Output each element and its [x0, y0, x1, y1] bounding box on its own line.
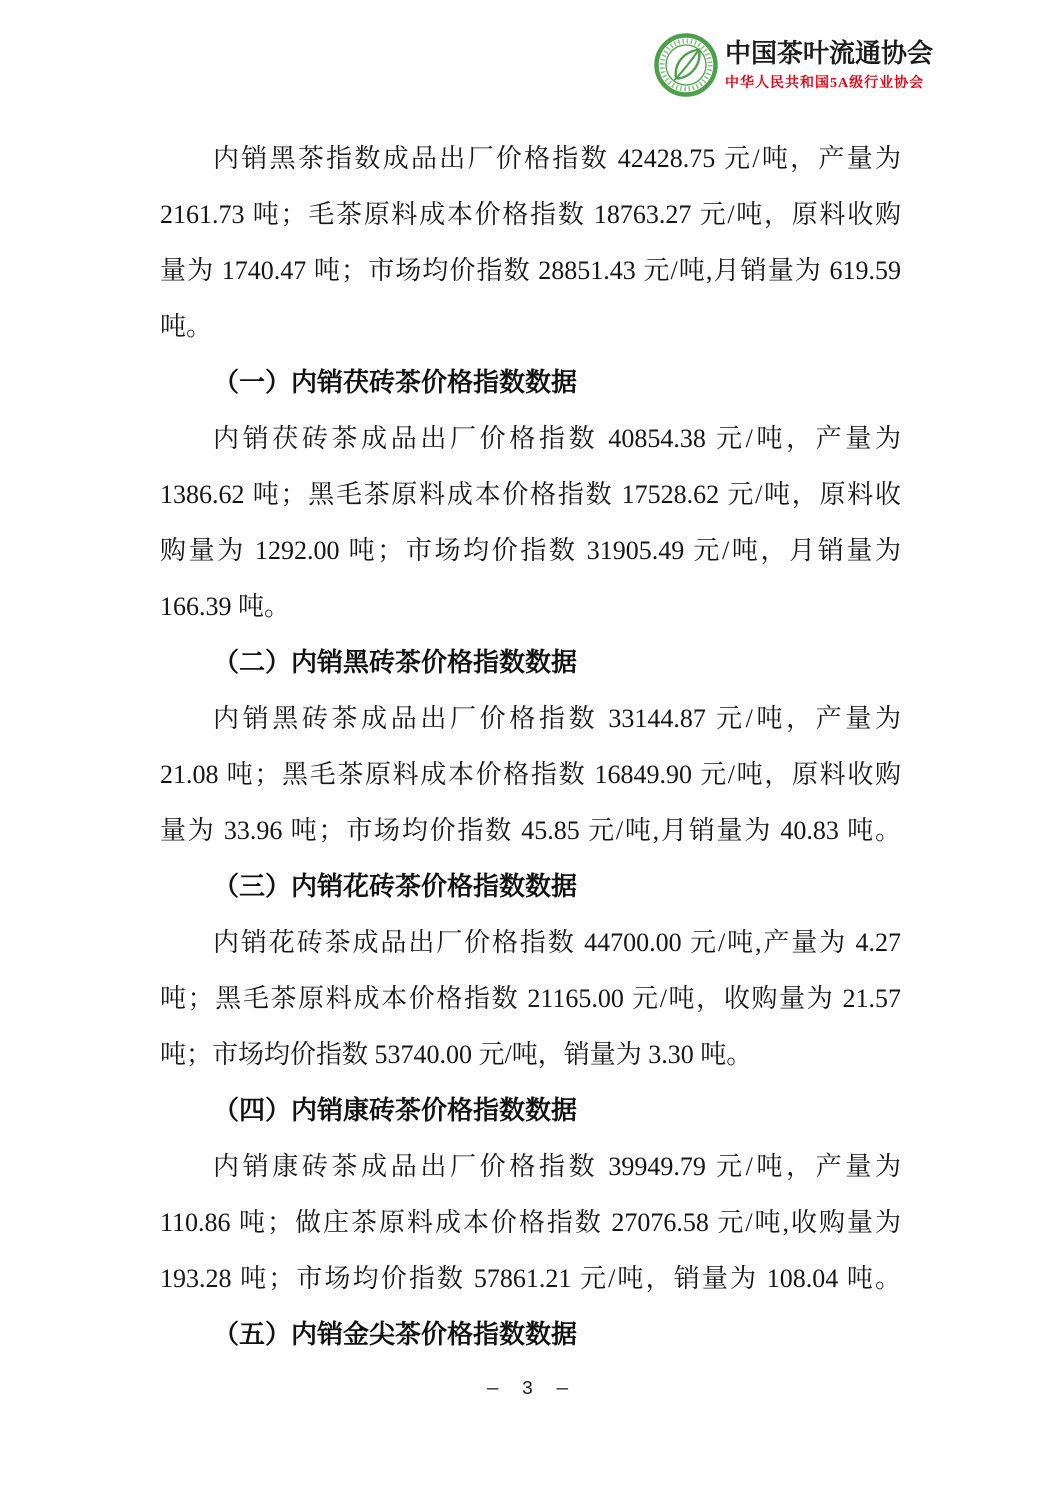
text-line: 内销康砖茶成品出厂价格指数 39949.79 元/吨，产量为	[160, 1139, 901, 1195]
text-line: 量为 1740.47 吨；市场均价指数 28851.43 元/吨,月销量为 61…	[160, 243, 901, 299]
text-line: 110.86 吨；做庄茶原料成本价格指数 27076.58 元/吨,收购量为	[160, 1195, 901, 1251]
text-line: 吨；黑毛茶原料成本价格指数 21165.00 元/吨，收购量为 21.57	[160, 971, 901, 1027]
section-heading-3: （三）内销花砖茶价格指数数据	[160, 859, 901, 915]
logo-text-block: 中国茶叶流通协会 中华人民共和国5A级行业协会	[725, 38, 933, 92]
section-heading-1: （一）内销茯砖茶价格指数数据	[160, 355, 901, 411]
text-line: 吨；市场均价指数 53740.00 元/吨，销量为 3.30 吨。	[160, 1027, 901, 1083]
section-paragraph-3: 内销花砖茶成品出厂价格指数 44700.00 元/吨,产量为 4.27 吨；黑毛…	[160, 915, 901, 1083]
section-paragraph-2: 内销黑砖茶成品出厂价格指数 33144.87 元/吨，产量为 21.08 吨；黑…	[160, 691, 901, 859]
section-heading-5: （五）内销金尖茶价格指数数据	[160, 1307, 901, 1363]
text-line: 166.39 吨。	[160, 579, 901, 635]
text-line: 21.08 吨；黑毛茶原料成本价格指数 16849.90 元/吨，原料收购	[160, 747, 901, 803]
section-paragraph-1: 内销茯砖茶成品出厂价格指数 40854.38 元/吨，产量为 1386.62 吨…	[160, 411, 901, 635]
text-line: 内销黑砖茶成品出厂价格指数 33144.87 元/吨，产量为	[160, 691, 901, 747]
page-number: — 3 —	[0, 1378, 1061, 1400]
section-paragraph-4: 内销康砖茶成品出厂价格指数 39949.79 元/吨，产量为 110.86 吨；…	[160, 1139, 901, 1307]
text-line: 内销茯砖茶成品出厂价格指数 40854.38 元/吨，产量为	[160, 411, 901, 467]
document-page: 中国茶叶流通协会 中华人民共和国5A级行业协会 内销黑茶指数成品出厂价格指数 4…	[0, 0, 1061, 1500]
text-line: 193.28 吨；市场均价指数 57861.21 元/吨，销量为 108.04 …	[160, 1251, 901, 1307]
text-line: 内销花砖茶成品出厂价格指数 44700.00 元/吨,产量为 4.27	[160, 915, 901, 971]
text-line: 吨。	[160, 299, 901, 355]
text-line: 1386.62 吨；黑毛茶原料成本价格指数 17528.62 元/吨，原料收	[160, 467, 901, 523]
document-body: 内销黑茶指数成品出厂价格指数 42428.75 元/吨，产量为 2161.73 …	[160, 131, 901, 1363]
section-heading-2: （二）内销黑砖茶价格指数数据	[160, 635, 901, 691]
association-logo: 中国茶叶流通协会 中华人民共和国5A级行业协会	[654, 33, 933, 97]
text-line: 购量为 1292.00 吨；市场均价指数 31905.49 元/吨，月销量为	[160, 523, 901, 579]
intro-paragraph: 内销黑茶指数成品出厂价格指数 42428.75 元/吨，产量为 2161.73 …	[160, 131, 901, 355]
org-name: 中国茶叶流通协会	[725, 38, 933, 71]
text-line: 量为 33.96 吨；市场均价指数 45.85 元/吨,月销量为 40.83 吨…	[160, 803, 901, 859]
org-subtitle: 中华人民共和国5A级行业协会	[725, 72, 924, 92]
section-heading-4: （四）内销康砖茶价格指数数据	[160, 1083, 901, 1139]
tea-leaf-emblem-icon	[654, 33, 718, 97]
text-line: 内销黑茶指数成品出厂价格指数 42428.75 元/吨，产量为	[160, 131, 901, 187]
text-line: 2161.73 吨；毛茶原料成本价格指数 18763.27 元/吨，原料收购	[160, 187, 901, 243]
